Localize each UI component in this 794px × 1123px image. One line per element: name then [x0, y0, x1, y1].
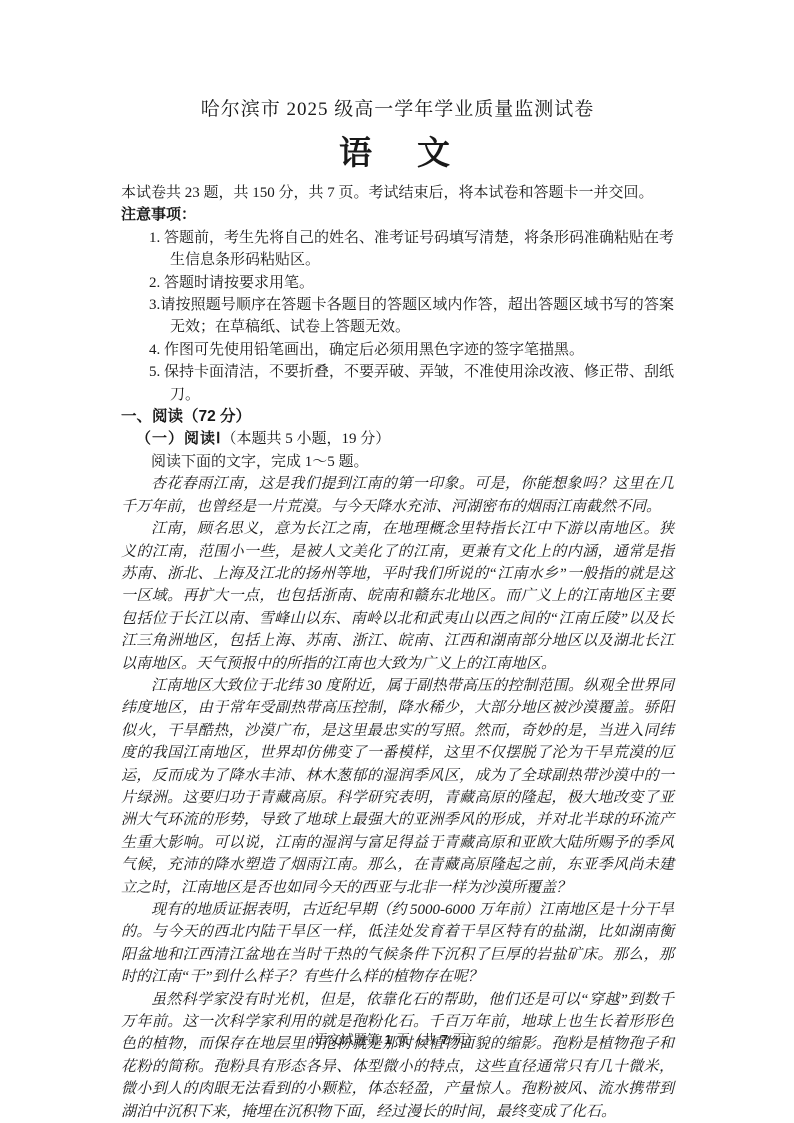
exam-info-line: 本试卷共 23 题，共 150 分，共 7 页。考试结束后，将本试卷和答题卡一并… [121, 182, 674, 204]
notice-label: 注意事项： [121, 204, 674, 226]
subsection-heading-bold: （一）阅读Ⅰ [136, 430, 221, 447]
notice-item: 3.请按照题号顺序在答题卡各题目的答题区域内作答，超出答题区域书写的答案无效；在… [170, 294, 674, 339]
page-footer: 语文试题第1页（共7页） [0, 1030, 794, 1050]
reading-passage: 杏花春雨江南，这是我们提到江南的第一印象。可是，你能想象吗？这里在几千万年前，也… [121, 473, 674, 1123]
footer-page-number: 1 [385, 1032, 392, 1047]
footer-suffix: 页） [453, 1032, 479, 1047]
subsection-heading-reading-1: （一）阅读Ⅰ（本题共 5 小题，19 分） [121, 428, 674, 450]
passage-paragraph: 杏花春雨江南，这是我们提到江南的第一印象。可是，你能想象吗？这里在几千万年前，也… [121, 473, 674, 518]
notice-item: 4. 作图可先使用铅笔画出，确定后必须用黑色字迹的签字笔描黑。 [170, 339, 674, 361]
footer-total-pages: 7 [441, 1032, 448, 1047]
passage-paragraph: 江南，顾名思义，意为长江之南，在地理概念里特指长江中下游以南地区。狭义的江南，范… [121, 518, 674, 675]
passage-paragraph: 江南地区大致位于北纬 30 度附近，属于副热带高压的控制范围。纵观全世界同纬度地… [121, 675, 674, 899]
passage-paragraph: 虽然科学家没有时光机，但是，依靠化石的帮助，他们还是可以“穿越”到数千万年前。这… [121, 989, 674, 1123]
notice-item: 1. 答题前，考生先将自己的姓名、准考证号码填写清楚，将条形码准确粘贴在考生信息… [170, 227, 674, 272]
notice-list: 1. 答题前，考生先将自己的姓名、准考证号码填写清楚，将条形码准确粘贴在考生信息… [121, 227, 674, 406]
footer-middle: 页（共 [397, 1032, 436, 1047]
reading-instruction: 阅读下面的文字，完成 1～5 题。 [121, 451, 674, 473]
passage-paragraph: 现有的地质证据表明，古近纪早期（约 5000-6000 万年前）江南地区是十分干… [121, 899, 674, 989]
subject-title: 语 文 [121, 133, 674, 175]
notice-item: 2. 答题时请按要求用笔。 [170, 272, 674, 294]
footer-prefix: 语文试题第 [315, 1032, 380, 1047]
page-title: 哈尔滨市 2025 级高一学年学业质量监测试卷 [121, 97, 674, 123]
subsection-heading-rest: （本题共 5 小题，19 分） [221, 431, 390, 447]
notice-item: 5. 保持卡面清洁，不要折叠，不要弄破、弄皱，不准使用涂改液、修正带、刮纸刀。 [170, 361, 674, 406]
section-heading-reading: 一、阅读（72 分） [121, 406, 674, 428]
exam-paper-page: 哈尔滨市 2025 级高一学年学业质量监测试卷 语 文 本试卷共 23 题，共 … [0, 0, 794, 1123]
